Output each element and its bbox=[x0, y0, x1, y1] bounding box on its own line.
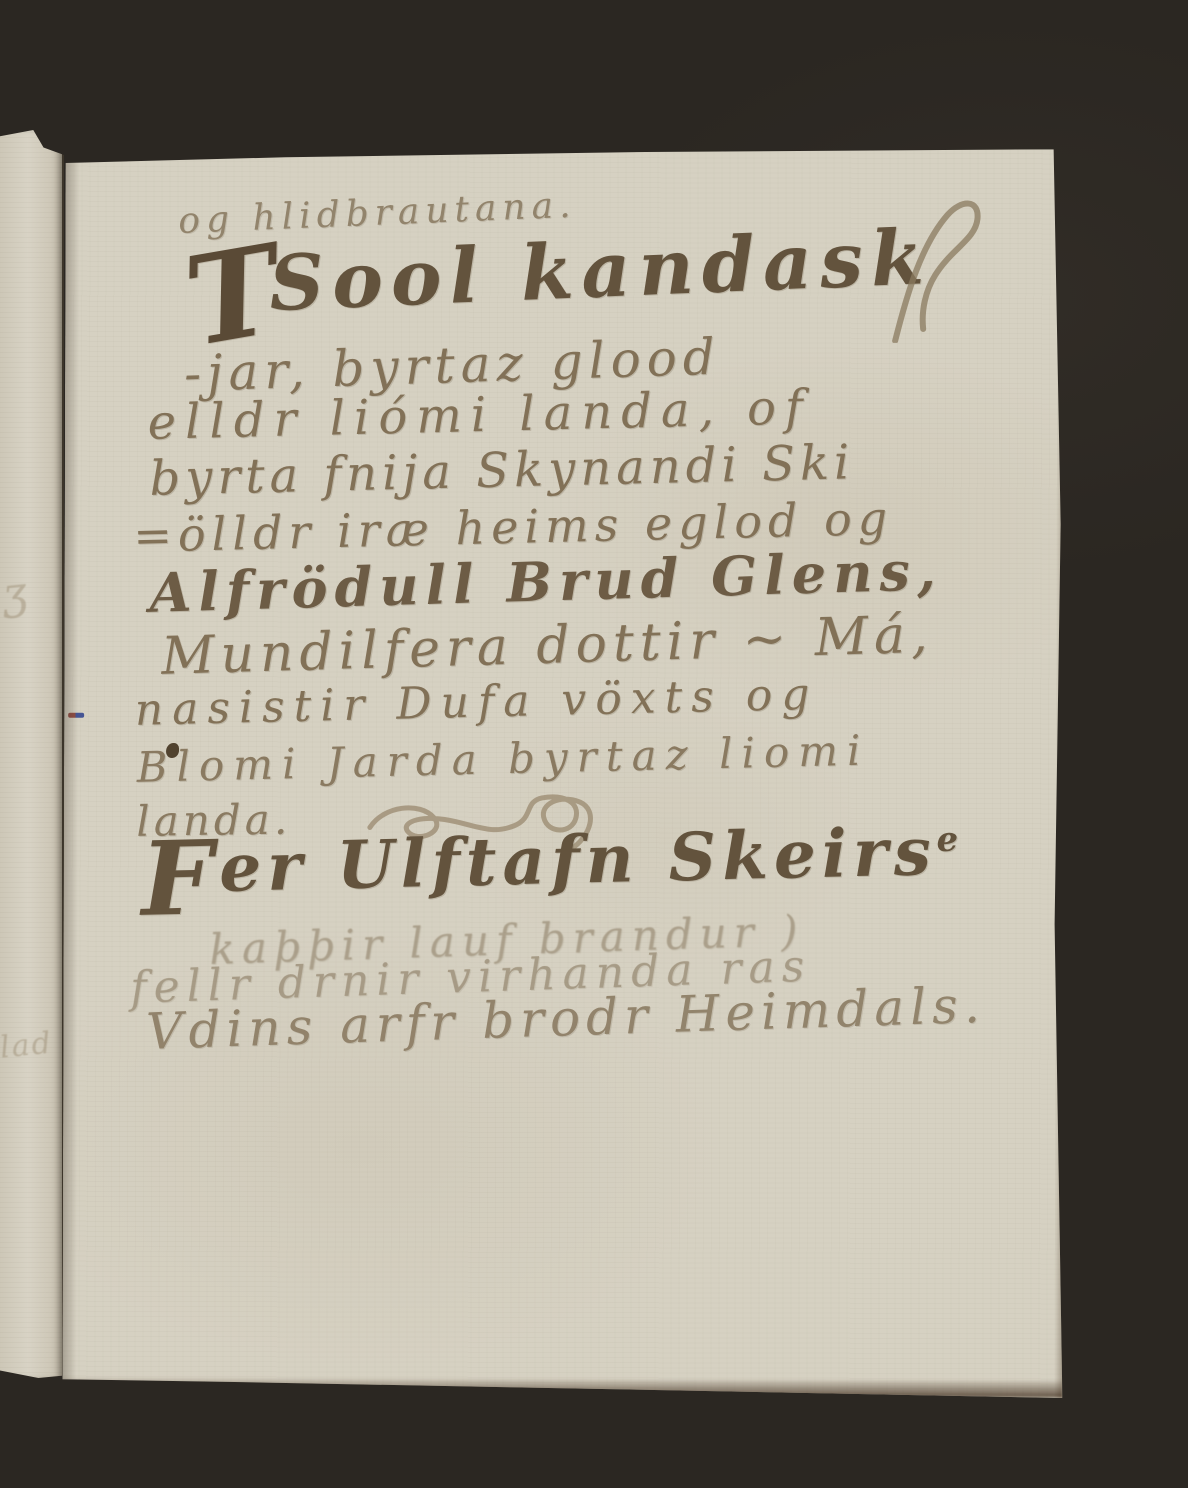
gutter-shadow bbox=[62, 147, 79, 1397]
manuscript-scan: ʒ lad og hlidbrautana. T Sool kandask -j… bbox=[0, 0, 1188, 1488]
heading2-superscript: e bbox=[936, 819, 965, 860]
pen-flourish-icon bbox=[877, 193, 987, 343]
heading2-initial: F bbox=[140, 818, 221, 940]
show-through-mark: lad bbox=[0, 1025, 54, 1065]
page-right-edge bbox=[1054, 149, 1065, 1399]
show-through-mark: ʒ bbox=[0, 567, 29, 620]
manuscript-page: og hlidbrautana. T Sool kandask -jar, by… bbox=[62, 147, 1065, 1400]
page-bottom-edge bbox=[62, 1377, 1062, 1398]
heading2: Fer Ulftafn Skeirse bbox=[140, 811, 966, 921]
manuscript-line: Blomi Jarda byrtaz liomi bbox=[136, 726, 870, 792]
heading2-text: er Ulftafn Skeirs bbox=[218, 812, 937, 907]
previous-page-edge: ʒ lad bbox=[0, 130, 64, 1378]
